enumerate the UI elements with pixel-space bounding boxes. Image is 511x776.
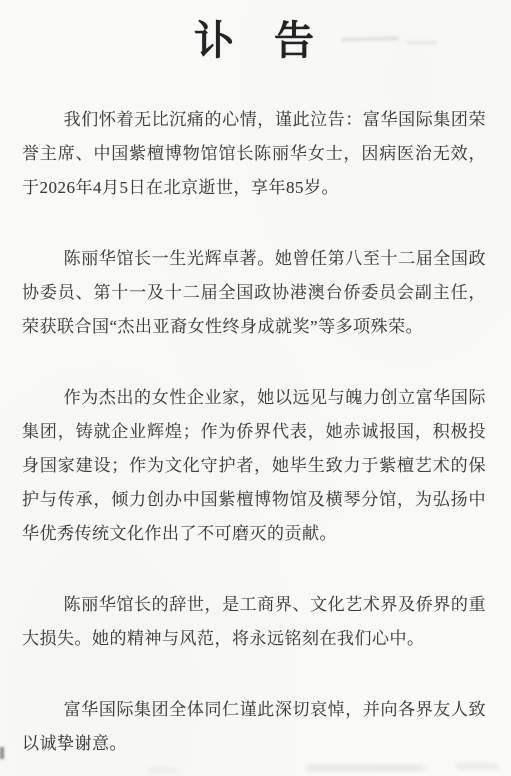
scan-edge-artifact: [0, 747, 4, 759]
obituary-paragraph-achievements: 作为杰出的女性企业家，她以远见与魄力创立富华国际集团，铸就企业辉煌；作为侨界代表…: [22, 381, 486, 551]
obituary-paragraph-loss: 陈丽华馆长的辞世，是工商界、文化艺术界及侨界的重大损失。她的精神与风范，将永远铭…: [22, 588, 486, 656]
obituary-document: 讣 告 我们怀着无比沉痛的心情，谨此泣告：富华国际集团荣誉主席、中国紫檀博物馆馆…: [0, 0, 511, 776]
obituary-paragraph-condolence: 富华国际集团全体同仁谨此深切哀悼，并向各界友人致以诚挚谢意。: [22, 693, 486, 761]
obituary-title-char-1: 讣: [194, 16, 234, 66]
obituary-title: 讣 告: [22, 16, 486, 66]
scan-smudge: [148, 768, 178, 773]
obituary-title-char-2: 告: [274, 16, 314, 66]
scan-smudge: [456, 763, 498, 770]
scan-smudge: [306, 765, 424, 771]
obituary-paragraph-announcement: 我们怀着无比沉痛的心情，谨此泣告：富华国际集团荣誉主席、中国紫檀博物馆馆长陈丽华…: [22, 103, 486, 205]
obituary-paragraph-honors: 陈丽华馆长一生光辉卓著。她曾任第八至十二届全国政协委员、第十一及十二届全国政协港…: [22, 242, 486, 344]
